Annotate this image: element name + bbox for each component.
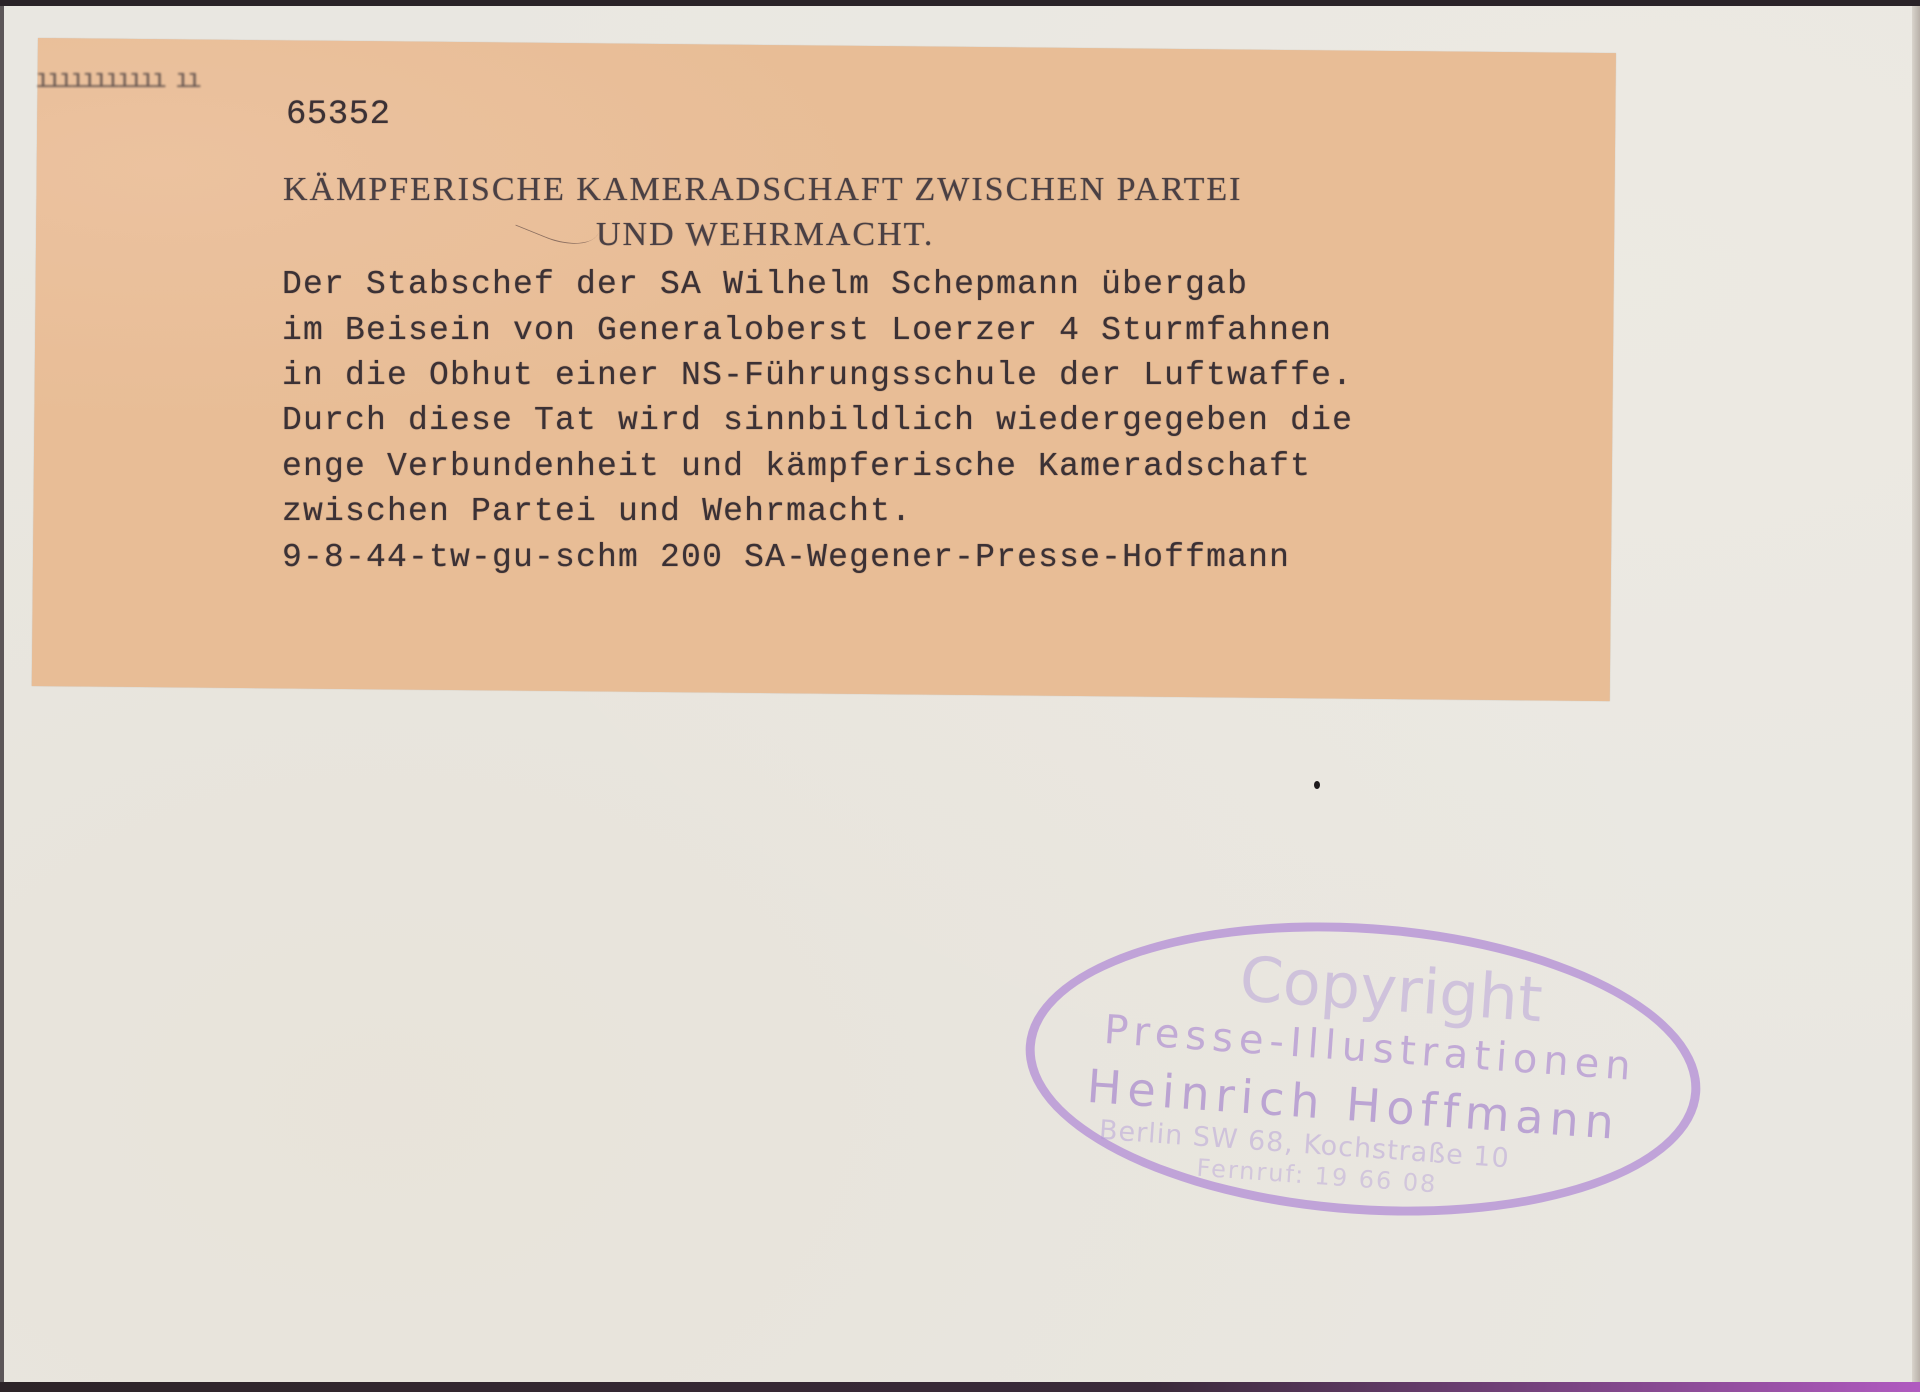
reference-number: 65352 [286, 96, 391, 134]
headline-line-2: UND WEHRMACHT. [596, 216, 934, 254]
body-line: im Beisein von Generaloberst Loerzer 4 S… [282, 312, 1332, 349]
body-line: in die Obhut einer NS-Führungsschule der… [282, 357, 1353, 394]
body-line: Durch diese Tat wird sinnbildlich wieder… [282, 402, 1353, 439]
copyright-stamp: Copyright Presse-Illustrationen Heinrich… [1016, 901, 1711, 1237]
photo-back: ııııııııııı ıı 65352 KÄMPFERISCHE KAMERA… [0, 6, 1920, 1384]
headline-line-1: KÄMPFERISCHE KAMERADSCHAFT ZWISCHEN PART… [283, 171, 1242, 209]
ink-dot [1314, 781, 1320, 789]
body-line: zwischen Partei und Wehrmacht. [282, 493, 912, 530]
dateline: 9-8-44-tw-gu-schm 200 SA-Wegener-Presse-… [282, 539, 1290, 576]
body-line: Der Stabschef der SA Wilhelm Schepmann ü… [282, 266, 1248, 303]
ink-smudge: ııııııııııı ıı [35, 64, 275, 100]
scan-bottom-edge [0, 1382, 1920, 1392]
body-line: enge Verbundenheit und kämpferische Kame… [282, 448, 1311, 485]
